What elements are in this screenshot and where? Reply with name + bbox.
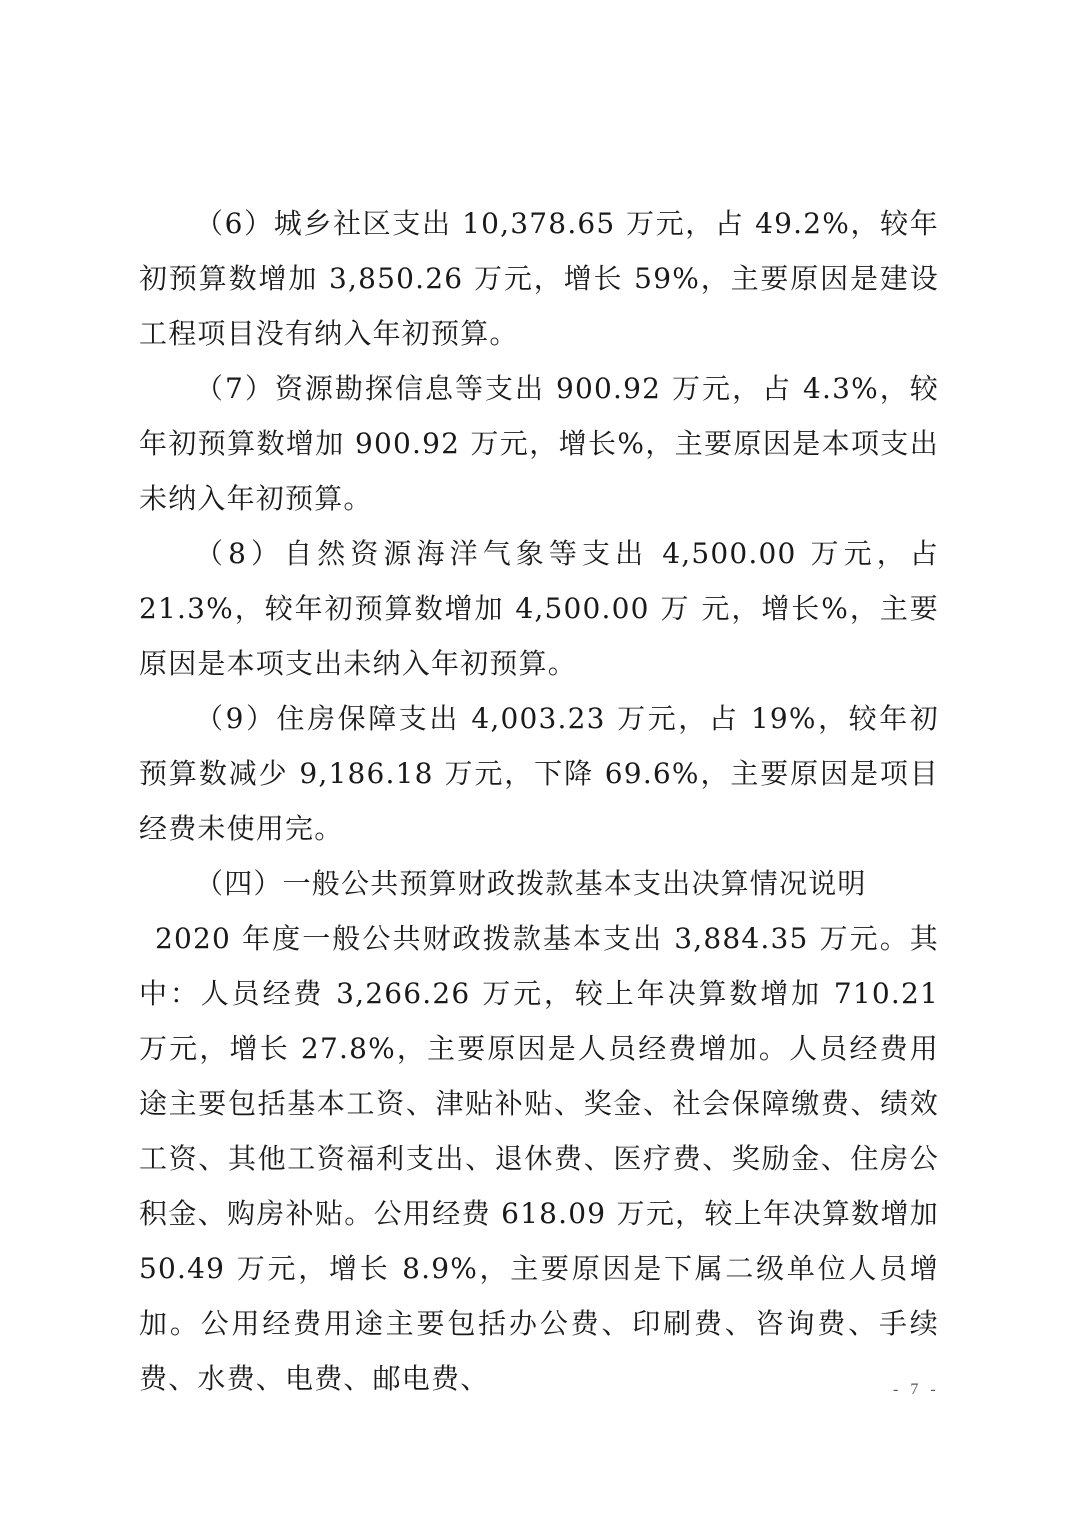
- page-number: - 7 -: [893, 1381, 940, 1399]
- paragraph-item-9: （9）住房保障支出 4,003.23 万元，占 19%，较年初预算数减少 9,1…: [139, 691, 939, 856]
- paragraph-item-6: （6）城乡社区支出 10,378.65 万元，占 49.2%，较年初预算数增加 …: [139, 196, 939, 361]
- document-body: （6）城乡社区支出 10,378.65 万元，占 49.2%，较年初预算数增加 …: [139, 196, 939, 1406]
- paragraph-item-7: （7）资源勘探信息等支出 900.92 万元，占 4.3%，较年初预算数增加 9…: [139, 361, 939, 526]
- paragraph-item-8: （8）自然资源海洋气象等支出 4,500.00 万元，占 21.3%，较年初预算…: [139, 526, 939, 691]
- paragraph-section-body: 2020 年度一般公共财政拨款基本支出 3,884.35 万元。其中：人员经费 …: [139, 911, 939, 1406]
- section-heading: （四）一般公共预算财政拨款基本支出决算情况说明: [139, 856, 939, 911]
- document-page: （6）城乡社区支出 10,378.65 万元，占 49.2%，较年初预算数增加 …: [0, 0, 1074, 1520]
